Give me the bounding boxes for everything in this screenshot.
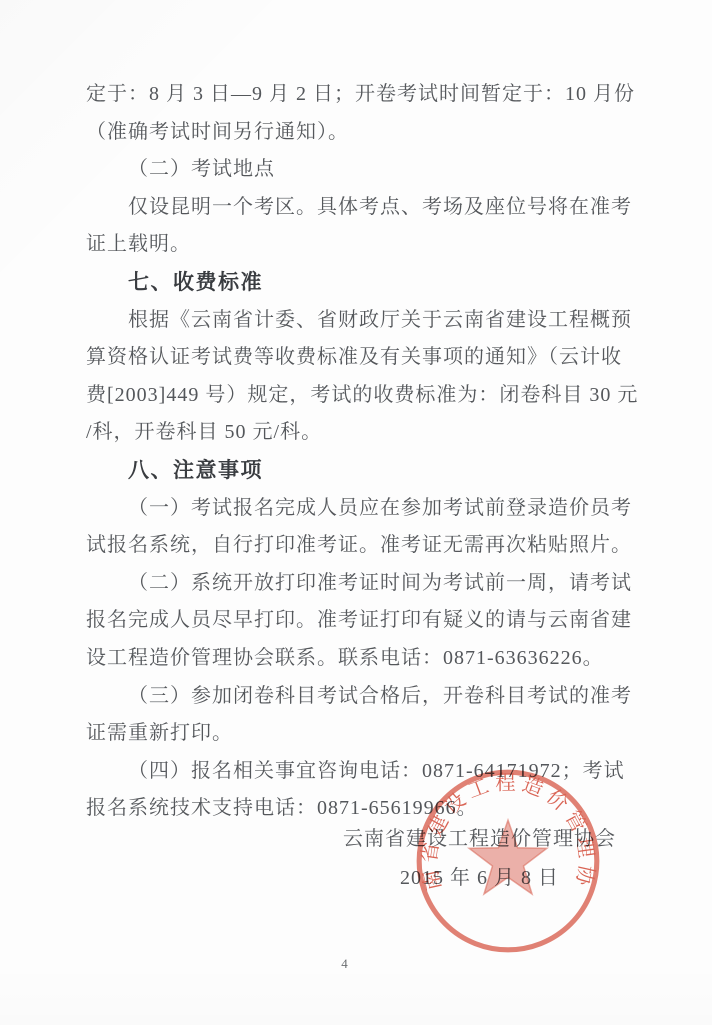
text-line: /科，开卷科目 50 元/科。: [86, 414, 632, 452]
text-line: 试报名系统，自行打印准考证。准考证无需再次粘贴照片。: [86, 527, 632, 565]
page-number: 4: [0, 956, 690, 972]
text-line: 八、注意事项: [86, 452, 632, 490]
text-line: （三）参加闭卷科目考试合格后，开卷科目考试的准考: [86, 678, 632, 716]
text-line: 仅设昆明一个考区。具体考点、考场及座位号将在准考: [86, 189, 632, 227]
text-line: 设工程造价管理协会联系。联系电话：0871-63636226。: [86, 640, 632, 678]
text-line: 证需重新打印。: [86, 715, 632, 753]
text-line: （准确考试时间另行通知）。: [86, 114, 632, 152]
text-line: 报名完成人员尽早打印。准考证打印有疑义的请与云南省建: [86, 602, 632, 640]
official-seal-stamp: 云南省建设工程造价管理协会: [411, 764, 605, 958]
text-line: （一）考试报名完成人员应在参加考试前登录造价员考: [86, 490, 632, 528]
text-line: 算资格认证考试费等收费标准及有关事项的通知》（云计收: [86, 339, 632, 377]
text-line: 证上载明。: [86, 226, 632, 264]
star-icon: [469, 820, 547, 894]
document-body: 定于：8 月 3 日—9 月 2 日；开卷考试时间暂定于：10 月份（准确考试时…: [86, 76, 632, 828]
text-line: 定于：8 月 3 日—9 月 2 日；开卷考试时间暂定于：10 月份: [86, 76, 632, 114]
text-line: 根据《云南省计委、省财政厅关于云南省建设工程概预: [86, 302, 632, 340]
text-line: 七、收费标准: [86, 264, 632, 302]
text-line: 费[2003]449 号）规定，考试的收费标准为：闭卷科目 30 元: [86, 377, 632, 415]
text-line: （二）系统开放打印准考证时间为考试前一周，请考试: [86, 565, 632, 603]
text-line: （二）考试地点: [86, 151, 632, 189]
document-page: 定于：8 月 3 日—9 月 2 日；开卷考试时间暂定于：10 月份（准确考试时…: [0, 0, 712, 1025]
